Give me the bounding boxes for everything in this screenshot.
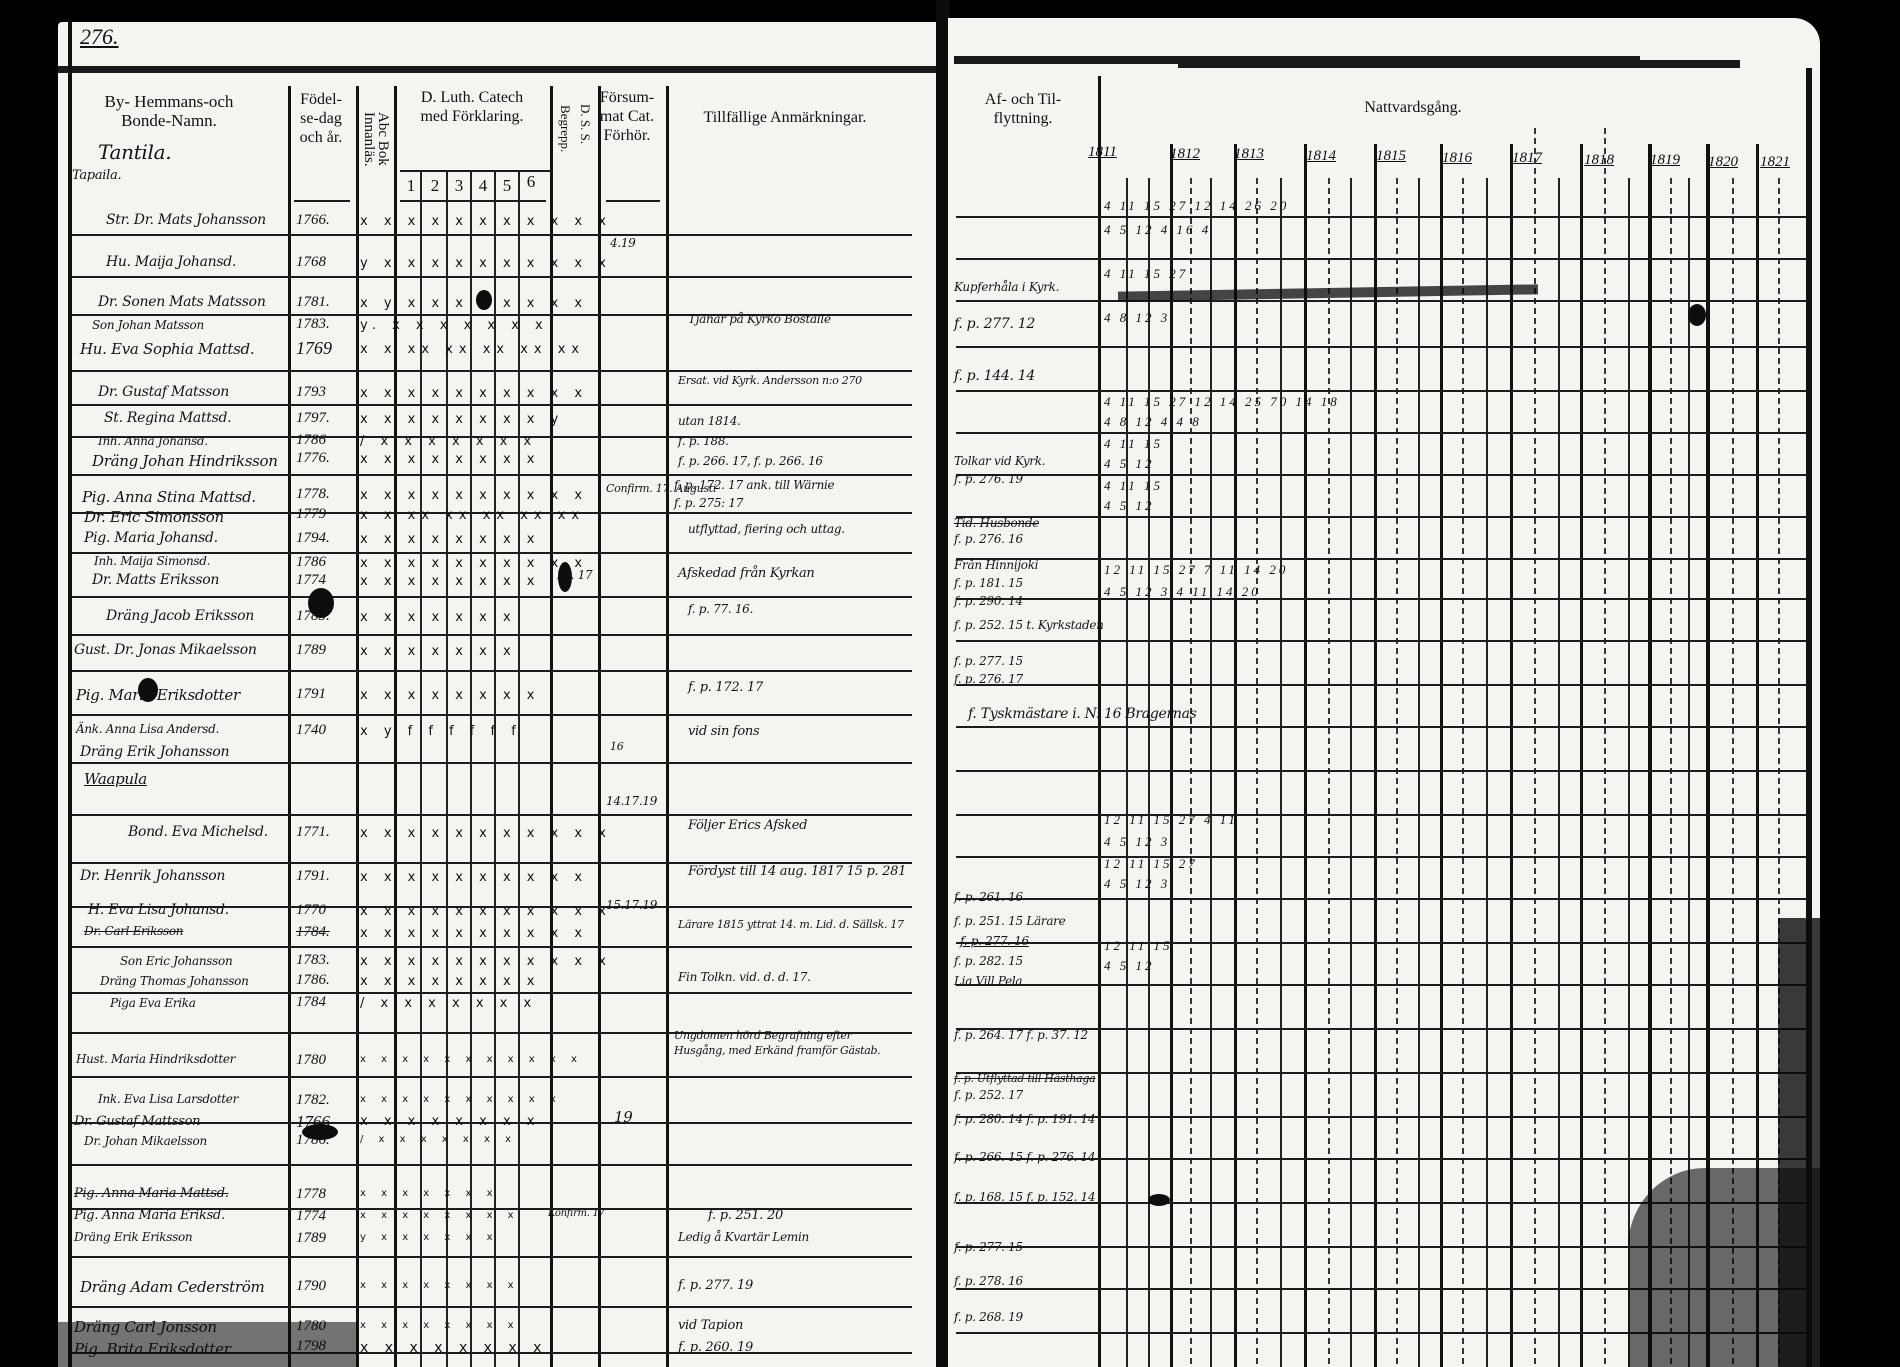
entry-marks: x x x x x x x x x x bbox=[360, 556, 588, 571]
header-begrepp: Begrepp. bbox=[558, 84, 572, 174]
entry-name: Gust. Dr. Jonas Mikaelsson bbox=[74, 642, 257, 658]
col-rule-year bbox=[1374, 144, 1377, 1367]
entry-marks: x x x x x x x x bbox=[360, 1114, 540, 1129]
header-birth-l1: Födel- bbox=[292, 90, 350, 109]
col-rule-dotted bbox=[1328, 178, 1330, 1367]
entry-year: 1786. bbox=[296, 972, 330, 989]
move-entry: f. p. 280. 14 f. p. 191. 14 bbox=[954, 1112, 1095, 1126]
entry-forsum: 19 bbox=[614, 1108, 633, 1126]
entry-remark: Afskedad från Kyrkan bbox=[678, 566, 814, 581]
year-header: 1817 bbox=[1512, 150, 1542, 167]
right-page: Af- och Til- flyttning. Nattvardsgång. 1… bbox=[948, 18, 1820, 1367]
move-entry: f. p. 276. 16 bbox=[954, 532, 1023, 546]
col-rule bbox=[1628, 178, 1630, 1367]
move-entry: f. p. Utflyttad till Hästhaga bbox=[954, 1072, 1095, 1085]
communion-dates: 4 5 12 3 4 11 14 20 bbox=[1104, 584, 1261, 600]
entry-year: 1776. bbox=[296, 450, 330, 467]
col-rule bbox=[1558, 178, 1560, 1367]
entry-marks: x x x x x x x x bbox=[360, 532, 540, 547]
col-rule-dss bbox=[598, 86, 601, 1367]
entry-name: Pig. Anna Maria Eriksd. bbox=[74, 1208, 225, 1223]
row-rule bbox=[72, 276, 912, 278]
entry-remark: f. p. 251. 20 bbox=[708, 1208, 783, 1223]
header-forsum-l2: mat Cat. bbox=[592, 107, 662, 126]
village-label: Waapula bbox=[84, 770, 147, 788]
entry-marks: y x x x x x x x x x x bbox=[360, 256, 612, 271]
communion-dates: 4 5 12 3 bbox=[1104, 834, 1170, 850]
year-header: 1820 bbox=[1708, 154, 1738, 171]
header-remarks: Tillfällige Anmärkningar. bbox=[670, 108, 900, 127]
entry-year: 1774 bbox=[296, 572, 326, 589]
entry-remark: Lärare 1815 yttrat 14. m. Lid. d. Sällsk… bbox=[678, 918, 904, 931]
year-header: 1813 bbox=[1234, 146, 1264, 163]
entry-name: Dr. Eric Simonsson bbox=[84, 508, 224, 526]
entry-remark: f. p. 77. 16. bbox=[688, 602, 753, 616]
col-rule-forsum bbox=[666, 86, 669, 1367]
entry-marks: x x xx xx xx xx xx bbox=[360, 342, 585, 357]
entry-remark: Ledig å Kvartär Lemin bbox=[678, 1230, 809, 1244]
year-header: 1816 bbox=[1442, 150, 1472, 167]
move-entry: f. p. 278. 16 bbox=[954, 1274, 1023, 1288]
header-names: By- Hemmans-och Bonde-Namn. bbox=[64, 92, 274, 130]
col-rule-names bbox=[288, 86, 291, 1367]
col-rule-year bbox=[1580, 144, 1583, 1367]
header-catech-l1: D. Luth. Catech bbox=[396, 88, 548, 107]
move-entry: f. p. 266. 15 f. p. 276. 14 bbox=[954, 1150, 1095, 1164]
header-abc: Abc Bok Innanläs. bbox=[362, 84, 390, 194]
ink-blot bbox=[1148, 1194, 1170, 1206]
communion-dates: 12 11 15 27 bbox=[1104, 856, 1198, 872]
col-rule bbox=[1280, 178, 1282, 1367]
entry-year: 1797. bbox=[296, 410, 330, 427]
entry-marks: x x x x x x x x x x bbox=[360, 926, 588, 941]
ink-blot bbox=[138, 678, 158, 702]
communion-dates: 4 8 12 3 bbox=[1104, 310, 1170, 326]
entry-marks: x x x x x x x x bbox=[360, 452, 540, 467]
catech-col-6: 6 bbox=[522, 172, 540, 191]
entry-marks: x x x x x x x x bbox=[360, 1320, 520, 1331]
move-entry: f. p. 276. 17 bbox=[954, 672, 1023, 686]
communion-dates: 4 11 15 27 12 14 26 20 bbox=[1104, 198, 1289, 214]
row-rule bbox=[956, 300, 1806, 302]
communion-dates: 4 5 12 4 16 4 bbox=[1104, 222, 1211, 238]
row-rule bbox=[956, 984, 1806, 986]
entry-remark: utflyttad, fiering och uttag. bbox=[688, 522, 845, 536]
entry-remark: f. p. 277. 19 bbox=[678, 1278, 753, 1293]
page-stain bbox=[58, 1322, 358, 1367]
move-entry: f. p. 168. 15 f. p. 152. 14 bbox=[954, 1190, 1095, 1204]
entry-year: 1740 bbox=[296, 722, 326, 739]
header-underline bbox=[294, 200, 350, 202]
page-edge-shadow bbox=[1778, 918, 1820, 1367]
entry-marks: x x x x x x x x x x x bbox=[360, 826, 612, 841]
move-entry: f. p. 282. 15 bbox=[954, 954, 1023, 968]
move-entry: f. p. 181. 15 bbox=[954, 576, 1023, 590]
header-forsummat: Försum- mat Cat. Förhör. bbox=[592, 88, 662, 145]
entry-marks: x x x x x x x x y bbox=[360, 412, 564, 427]
header-birth-l3: och år. bbox=[292, 128, 350, 147]
col-rule bbox=[1126, 178, 1128, 1367]
communion-dates: 4 5 12 bbox=[1104, 498, 1155, 514]
communion-dates: 4 5 12 bbox=[1104, 456, 1155, 472]
entry-name: Dr. Carl Eriksson bbox=[84, 924, 183, 938]
entry-remark: vid Tapion bbox=[678, 1318, 743, 1333]
entry-year: 1793 bbox=[296, 384, 326, 401]
entry-remark: Ersat. vid Kyrk. Andersson n:o 270 bbox=[678, 374, 862, 387]
header-moves-l2: flyttning. bbox=[948, 109, 1098, 128]
entry-name: Bond. Eva Michelsd. bbox=[128, 824, 268, 840]
entry-year: 1791. bbox=[296, 868, 330, 885]
entry-year: 1790 bbox=[296, 1278, 326, 1295]
header-catechism: D. Luth. Catech med Förklaring. bbox=[396, 88, 548, 126]
entry-remark: vid sin fons bbox=[688, 724, 759, 739]
entry-year: 1770 bbox=[296, 902, 326, 919]
entry-year: 1771. bbox=[296, 824, 330, 841]
entry-marks: y x x x x x x bbox=[360, 1232, 499, 1243]
entry-name: Ink. Eva Lisa Larsdotter bbox=[98, 1092, 238, 1106]
move-entry: f. p. 264. 17 f. p. 37. 12 bbox=[954, 1028, 1088, 1042]
entry-marks: / x x x x x x x bbox=[360, 996, 537, 1011]
entry-name: Dr. Johan Mikaelsson bbox=[84, 1134, 207, 1148]
entry-name: H. Eva Lisa Johansd. bbox=[88, 902, 229, 918]
col-rule-year bbox=[1304, 144, 1307, 1367]
row-rule bbox=[72, 714, 912, 716]
entry-remark: f. p. 275: 17 bbox=[674, 496, 743, 510]
catech-col-4: 4 bbox=[474, 176, 492, 195]
entry-marks: x x xx xx xx xx xx bbox=[360, 508, 585, 523]
row-rule bbox=[72, 1076, 912, 1078]
row-rule bbox=[956, 814, 1806, 816]
entry-marks: x x x x x x x x x x x bbox=[360, 1054, 583, 1065]
entry-marks: x x x x x x x x x x x bbox=[360, 214, 612, 229]
entry-marks: y. x x x x x x x bbox=[360, 318, 549, 333]
move-entry: f. p. 252. 17 bbox=[954, 1088, 1023, 1102]
row-rule bbox=[72, 1164, 912, 1166]
row-rule bbox=[956, 942, 1806, 944]
move-entry: Kupferhåla i Kyrk. bbox=[954, 280, 1059, 294]
communion-dates: 4 11 15 27 bbox=[1104, 266, 1188, 282]
entry-marks: x x x x x x x x x x bbox=[360, 386, 588, 401]
header-dss: D. S. S. bbox=[578, 84, 592, 164]
entry-marks: x x x x x x x x x x x bbox=[360, 954, 612, 969]
top-rule bbox=[58, 66, 938, 73]
entry-marks: / x x x x x x x bbox=[360, 1134, 517, 1145]
header-names-line1: By- Hemmans-och bbox=[64, 92, 274, 111]
row-rule bbox=[956, 258, 1806, 260]
move-entry: f. p. 144. 14 bbox=[954, 368, 1035, 384]
entry-remark: utan 1814. bbox=[678, 414, 741, 428]
header-underline bbox=[400, 200, 546, 202]
entry-name: Dräng Johan Hindriksson bbox=[92, 452, 278, 470]
entry-forsum: Konfirm. 17 bbox=[548, 1208, 605, 1219]
entry-year: 1778 bbox=[296, 1186, 326, 1203]
row-rule bbox=[72, 762, 912, 764]
entry-name: Hu. Maija Johansd. bbox=[106, 254, 236, 270]
village-label: Tapaila. bbox=[72, 168, 121, 183]
entry-name: Dräng Erik Eriksson bbox=[74, 1230, 192, 1244]
entry-name: Hu. Eva Sophia Mattsd. bbox=[80, 340, 254, 358]
entry-year: 1784 bbox=[296, 994, 326, 1011]
row-rule bbox=[72, 596, 912, 598]
header-communion: Nattvardsgång. bbox=[1298, 98, 1528, 117]
ink-blot bbox=[558, 562, 572, 592]
entry-year: 1789 bbox=[296, 642, 326, 659]
entry-forsum: 16 bbox=[610, 740, 623, 753]
entry-marks: x x x x x x x x x x bbox=[360, 488, 588, 503]
row-rule bbox=[72, 404, 912, 406]
top-rule bbox=[1178, 60, 1740, 68]
entry-year: 1781. bbox=[296, 294, 330, 311]
entry-name: Dr. Henrik Johansson bbox=[80, 868, 225, 884]
ink-blot bbox=[476, 290, 492, 310]
entry-name: Piga Eva Erika bbox=[110, 996, 196, 1010]
year-header: 1821 bbox=[1760, 154, 1790, 171]
header-birth: Födel- se-dag och år. bbox=[292, 90, 350, 147]
entry-marks: x x x x x x x bbox=[360, 1188, 499, 1199]
year-header: 1819 bbox=[1650, 152, 1680, 169]
col-rule bbox=[1486, 178, 1488, 1367]
catech-col-1: 1 bbox=[402, 176, 420, 195]
entry-name: Pig. Anna Maria Mattsd. bbox=[74, 1186, 229, 1201]
communion-dates: 4 11 15 bbox=[1104, 478, 1163, 494]
entry-year: 1774 bbox=[296, 1208, 326, 1225]
entry-name: Dr. Gustaf Matsson bbox=[98, 384, 229, 400]
communion-dates: 4 5 12 3 bbox=[1104, 876, 1170, 892]
ink-blot bbox=[1688, 304, 1706, 326]
entry-marks: x x x x x x x x x x bbox=[360, 870, 588, 885]
entry-marks: x x x x x x x x x x bbox=[360, 1094, 562, 1105]
entry-year: 1789 bbox=[296, 1230, 326, 1247]
entry-year: 1786 bbox=[296, 554, 326, 571]
row-rule bbox=[72, 946, 912, 948]
communion-dates: 12 11 15 27 7 11 14 20 bbox=[1104, 562, 1288, 578]
entry-year: 1766. bbox=[296, 212, 330, 229]
col-rule-dotted bbox=[1396, 178, 1398, 1367]
entry-year: 1784. bbox=[296, 924, 330, 941]
catech-col-5: 5 bbox=[498, 176, 516, 195]
col-rule-dotted bbox=[1256, 178, 1258, 1367]
entry-marks: x x x x x x x x x x x bbox=[360, 904, 612, 919]
move-entry: Från Hinnijoki bbox=[954, 558, 1038, 572]
header-birth-l2: se-dag bbox=[292, 109, 350, 128]
move-entry: f. p. 277. 12 bbox=[954, 316, 1035, 332]
catech-col-3: 3 bbox=[450, 176, 468, 195]
entry-remark: f. p. 260. 19 bbox=[678, 1340, 753, 1355]
col-rule-dotted bbox=[1462, 178, 1464, 1367]
move-entry: f. p. 277. 15 bbox=[954, 654, 1023, 668]
entry-year: 1780 bbox=[296, 1052, 326, 1069]
row-rule bbox=[956, 684, 1806, 686]
entry-remark: f. p. 188. bbox=[678, 434, 729, 448]
year-header: 1812 bbox=[1170, 146, 1200, 163]
entry-marks: x x x x x x x x bbox=[360, 1340, 547, 1356]
col-rule bbox=[1350, 178, 1352, 1367]
entry-marks: x x x x x x x x bbox=[360, 1210, 520, 1221]
row-rule bbox=[956, 432, 1806, 434]
entry-remark: f. p. 172. 17 ank. till Wärnie bbox=[674, 478, 834, 492]
move-entry: Lia Vill Pela bbox=[954, 974, 1022, 988]
communion-dates: 12 11 15 27 4 11 bbox=[1104, 812, 1238, 828]
col-rule bbox=[1210, 178, 1212, 1367]
row-rule bbox=[72, 370, 912, 372]
entry-name: Inh. Maija Simonsd. bbox=[94, 554, 210, 568]
row-rule bbox=[956, 856, 1806, 858]
col-rule-dotted bbox=[1604, 128, 1606, 1367]
entry-year: 1791 bbox=[296, 686, 326, 703]
entry-remark: f. p. 172. 17 bbox=[688, 680, 763, 695]
entry-year: 1786 bbox=[296, 432, 326, 449]
page-number: 276. bbox=[80, 24, 119, 50]
row-rule bbox=[956, 770, 1806, 772]
row-rule bbox=[72, 474, 912, 476]
col-rule-year bbox=[1170, 144, 1173, 1367]
move-entry: f. p. 261. 16 bbox=[954, 890, 1023, 904]
entry-forsum: 4.19 bbox=[610, 236, 636, 250]
col-rule-dotted bbox=[1534, 128, 1536, 1367]
col-rule-birth bbox=[356, 86, 359, 1367]
entry-remark: Fördyst till 14 aug. 1817 15 p. 281 bbox=[688, 864, 906, 879]
col-rule-dotted bbox=[1190, 178, 1192, 1367]
col-rule-catech bbox=[550, 86, 553, 1367]
communion-dates: 4 8 12 4 4 8 bbox=[1104, 414, 1202, 430]
move-entry: Tolkar vid Kyrk. bbox=[954, 454, 1045, 468]
entry-year: 1768 bbox=[296, 254, 326, 271]
row-rule bbox=[72, 634, 912, 636]
header-moves: Af- och Til- flyttning. bbox=[948, 90, 1098, 128]
header-underline bbox=[606, 200, 660, 202]
entry-remark: Fin Tolkn. vid. d. d. 17. bbox=[678, 970, 811, 984]
row-rule bbox=[72, 670, 912, 672]
entry-remark: Följer Erics Afsked bbox=[688, 818, 807, 833]
row-rule bbox=[72, 234, 912, 236]
entry-name: Dr. Matts Eriksson bbox=[92, 572, 219, 588]
row-rule bbox=[956, 474, 1806, 476]
entry-marks: x x x x x x x x bbox=[360, 574, 540, 589]
entry-marks: x x x x x x x x bbox=[360, 1280, 520, 1291]
entry-remark: Ungdomen hörd Begrafning efter Husgång, … bbox=[674, 1028, 896, 1058]
row-rule bbox=[956, 216, 1806, 218]
year-header: 1814 bbox=[1306, 148, 1336, 165]
row-rule bbox=[72, 1306, 912, 1308]
entry-marks: x x x x x x x bbox=[360, 644, 517, 659]
header-forsum-l3: Förhör. bbox=[592, 126, 662, 145]
entry-remark: Tjänar på Kyrko Boställe bbox=[688, 312, 831, 326]
move-entry: f. p. 268. 19 bbox=[954, 1310, 1023, 1324]
entry-name: Pig. Maria Johansd. bbox=[84, 530, 218, 546]
communion-dates: 12 11 15 bbox=[1104, 938, 1173, 954]
header-catech-l2: med Förklaring. bbox=[396, 107, 548, 126]
entry-year: 1783. bbox=[296, 952, 330, 969]
col-rule bbox=[1148, 178, 1150, 1367]
entry-marks: x y f f f f f f bbox=[360, 724, 522, 739]
entry-name: Änk. Anna Lisa Andersd. bbox=[76, 722, 219, 736]
col-rule-year bbox=[1234, 144, 1237, 1367]
col-rule bbox=[1418, 178, 1420, 1367]
entry-name: Son Johan Matsson bbox=[92, 318, 204, 332]
entry-year: 1779 bbox=[296, 506, 326, 523]
row-rule bbox=[72, 814, 912, 816]
row-rule bbox=[956, 390, 1806, 392]
catech-col-2: 2 bbox=[426, 176, 444, 195]
entry-year: 1794. bbox=[296, 530, 330, 547]
entry-marks: / x x x x x x x bbox=[360, 434, 537, 449]
col-rule-year bbox=[1440, 144, 1443, 1367]
entry-year: 1783. bbox=[296, 316, 330, 333]
left-page: 276. By- Hemmans-och Bonde-Namn. Tantila… bbox=[58, 22, 938, 1367]
row-rule bbox=[956, 726, 1806, 728]
entry-year: 1782. bbox=[296, 1092, 330, 1109]
year-header: 1815 bbox=[1376, 148, 1406, 165]
entry-name: Inh. Anna Johansd. bbox=[98, 434, 208, 448]
entry-year: 1769 bbox=[296, 338, 332, 359]
move-entry: f. p. 251. 15 Lärare bbox=[954, 914, 1065, 928]
entry-marks: x x x x x x x x bbox=[360, 974, 540, 989]
row-rule bbox=[956, 516, 1806, 518]
entry-name: Dr. Sonen Mats Matsson bbox=[98, 294, 266, 310]
entry-name: Dräng Jacob Eriksson bbox=[106, 608, 254, 624]
move-entry: f. Tyskmästare i. N. 16 Bragernas bbox=[968, 706, 1197, 722]
entry-forsum: 14.17.19 bbox=[606, 794, 657, 808]
entry-name: Str. Dr. Mats Johansson bbox=[106, 212, 266, 228]
entry-forsum: 15.17.19 bbox=[606, 898, 657, 912]
ink-blot bbox=[308, 588, 334, 618]
year-header: 1818 bbox=[1584, 152, 1614, 169]
header-forsum-l1: Försum- bbox=[592, 88, 662, 107]
row-rule bbox=[72, 992, 912, 994]
year-header: 1811 bbox=[1088, 144, 1117, 161]
village-label: Tantila. bbox=[98, 140, 171, 164]
entry-name: Pig. Anna Stina Mattsd. bbox=[82, 488, 256, 506]
header-moves-l1: Af- och Til- bbox=[948, 90, 1098, 109]
entry-marks: x x x x x x x x bbox=[360, 688, 540, 703]
move-entry: Tid. Husbonde bbox=[954, 516, 1039, 530]
row-rule bbox=[956, 346, 1806, 348]
entry-marks: x x x x x x x bbox=[360, 610, 517, 625]
entry-name: Son Eric Johansson bbox=[120, 954, 232, 968]
entry-name: Dräng Thomas Johansson bbox=[100, 974, 249, 988]
move-entry: f. p. 290. 14 bbox=[954, 594, 1023, 608]
move-entry: f. p. 276. 19 bbox=[954, 472, 1023, 486]
entry-name: St. Regina Mattsd. bbox=[104, 410, 231, 426]
entry-name: Dr. Gustaf Mattsson bbox=[74, 1114, 200, 1129]
entry-name: Dräng Adam Cederström bbox=[80, 1278, 264, 1296]
row-rule bbox=[956, 898, 1806, 900]
entry-name: Dräng Erik Johansson bbox=[80, 744, 229, 760]
entry-marks: x y x x x x x x x x bbox=[360, 296, 588, 311]
row-rule bbox=[956, 640, 1806, 642]
move-entry: f. p. 277. 16 bbox=[960, 934, 1029, 948]
header-names-line2: Bonde-Namn. bbox=[64, 111, 274, 130]
row-rule bbox=[956, 558, 1806, 560]
communion-dates: 4 11 15 27 12 14 25 70 14 18 bbox=[1104, 394, 1340, 410]
move-entry: f. p. 277. 15 bbox=[954, 1240, 1023, 1254]
entry-remark: f. p. 266. 17, f. p. 266. 16 bbox=[678, 454, 823, 468]
col-rule-year bbox=[1510, 144, 1513, 1367]
row-rule bbox=[72, 1256, 912, 1258]
communion-dates: 4 11 15 bbox=[1104, 436, 1163, 452]
move-entry: f. p. 252. 15 t. Kyrkstaden bbox=[954, 618, 1104, 632]
entry-year: 1778. bbox=[296, 486, 330, 503]
col-rule-year bbox=[1648, 144, 1652, 1367]
communion-dates: 4 5 12 bbox=[1104, 958, 1155, 974]
entry-name: Hust. Maria Hindriksdotter bbox=[76, 1052, 235, 1066]
ink-blot bbox=[302, 1124, 338, 1140]
row-rule bbox=[956, 598, 1806, 600]
